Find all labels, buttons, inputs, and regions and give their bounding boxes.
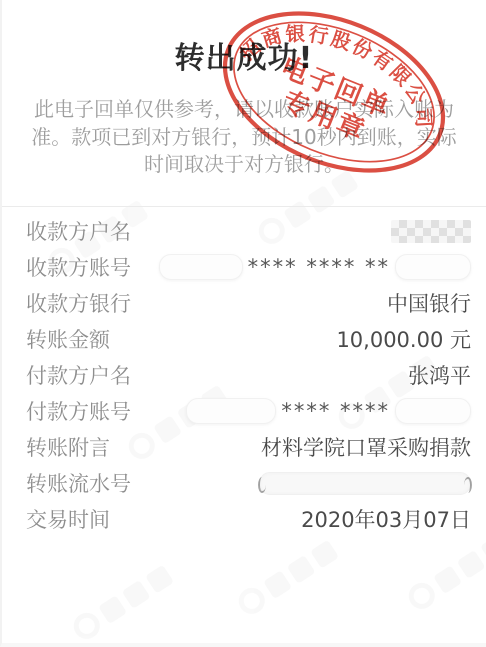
watermark-logo xyxy=(234,537,340,619)
row-payer-name: 付款方户名 张鸿平 xyxy=(2,357,486,393)
row-payee-name: 收款方户名 xyxy=(2,213,486,249)
row-payer-account: 付款方账号 **** **** xyxy=(2,393,486,429)
masked-digits: **** **** xyxy=(281,399,390,423)
row-label: 付款方户名 xyxy=(26,360,131,390)
disclaimer-line: 此电子回单仅供参考，请以收款账户实际入账为 xyxy=(2,96,486,124)
row-transaction-date: 交易时间 2020年03月07日 xyxy=(2,501,486,537)
watermark-logo xyxy=(404,532,486,614)
row-label: 转账流水号 xyxy=(26,468,131,498)
row-label: 收款方账号 xyxy=(26,252,131,282)
row-value: **** **** xyxy=(186,398,471,424)
disclaimer-line: 准。款项已到对方银行，预计10秒内到账，实际 xyxy=(2,124,486,152)
receipt-details: 收款方户名 收款方账号 **** **** ** 收款方银行 中国银行 转账金额… xyxy=(2,213,486,537)
redaction-blur xyxy=(259,472,471,495)
row-value: 材料学院口罩采购捐款 xyxy=(261,432,471,462)
row-label: 收款方户名 xyxy=(26,216,131,246)
redaction-blur xyxy=(159,254,243,280)
row-value: 10,000.00 元 xyxy=(336,324,471,354)
redaction-mosaic xyxy=(391,220,471,243)
row-label: 交易时间 xyxy=(26,504,110,534)
disclaimer-text: 此电子回单仅供参考，请以收款账户实际入账为 准。款项已到对方银行，预计10秒内到… xyxy=(2,96,486,179)
redaction-blur xyxy=(395,398,471,424)
row-label: 收款方银行 xyxy=(26,288,131,318)
row-value: 2020年03月07日 xyxy=(301,504,471,534)
page-title: 转出成功! xyxy=(2,0,486,77)
row-value xyxy=(259,472,471,495)
redaction-blur xyxy=(186,398,276,424)
row-transfer-amount: 转账金额 10,000.00 元 xyxy=(2,321,486,357)
section-divider xyxy=(2,206,486,207)
transfer-receipt-page: 转出成功! 此电子回单仅供参考，请以收款账户实际入账为 准。款项已到对方银行，预… xyxy=(0,0,486,647)
watermark-circle-icon xyxy=(234,583,270,619)
row-value: **** **** ** xyxy=(159,254,471,280)
masked-digits: **** **** ** xyxy=(248,255,390,279)
disclaimer-line: 时间取决于对方银行。 xyxy=(2,151,486,179)
watermark-circle-icon xyxy=(69,608,105,644)
redaction-blur xyxy=(395,254,471,280)
row-label: 转账金额 xyxy=(26,324,110,354)
row-value xyxy=(391,220,471,243)
row-payee-bank: 收款方银行 中国银行 xyxy=(2,285,486,321)
row-label: 付款方账号 xyxy=(26,396,131,426)
row-label: 转账附言 xyxy=(26,432,110,462)
row-value: 中国银行 xyxy=(387,288,471,318)
row-value: 张鸿平 xyxy=(408,360,471,390)
watermark-logo xyxy=(69,562,175,644)
row-transfer-note: 转账附言 材料学院口罩采购捐款 xyxy=(2,429,486,465)
row-payee-account: 收款方账号 **** **** ** xyxy=(2,249,486,285)
row-transaction-serial: 转账流水号 xyxy=(2,465,486,501)
watermark-circle-icon xyxy=(404,578,440,614)
